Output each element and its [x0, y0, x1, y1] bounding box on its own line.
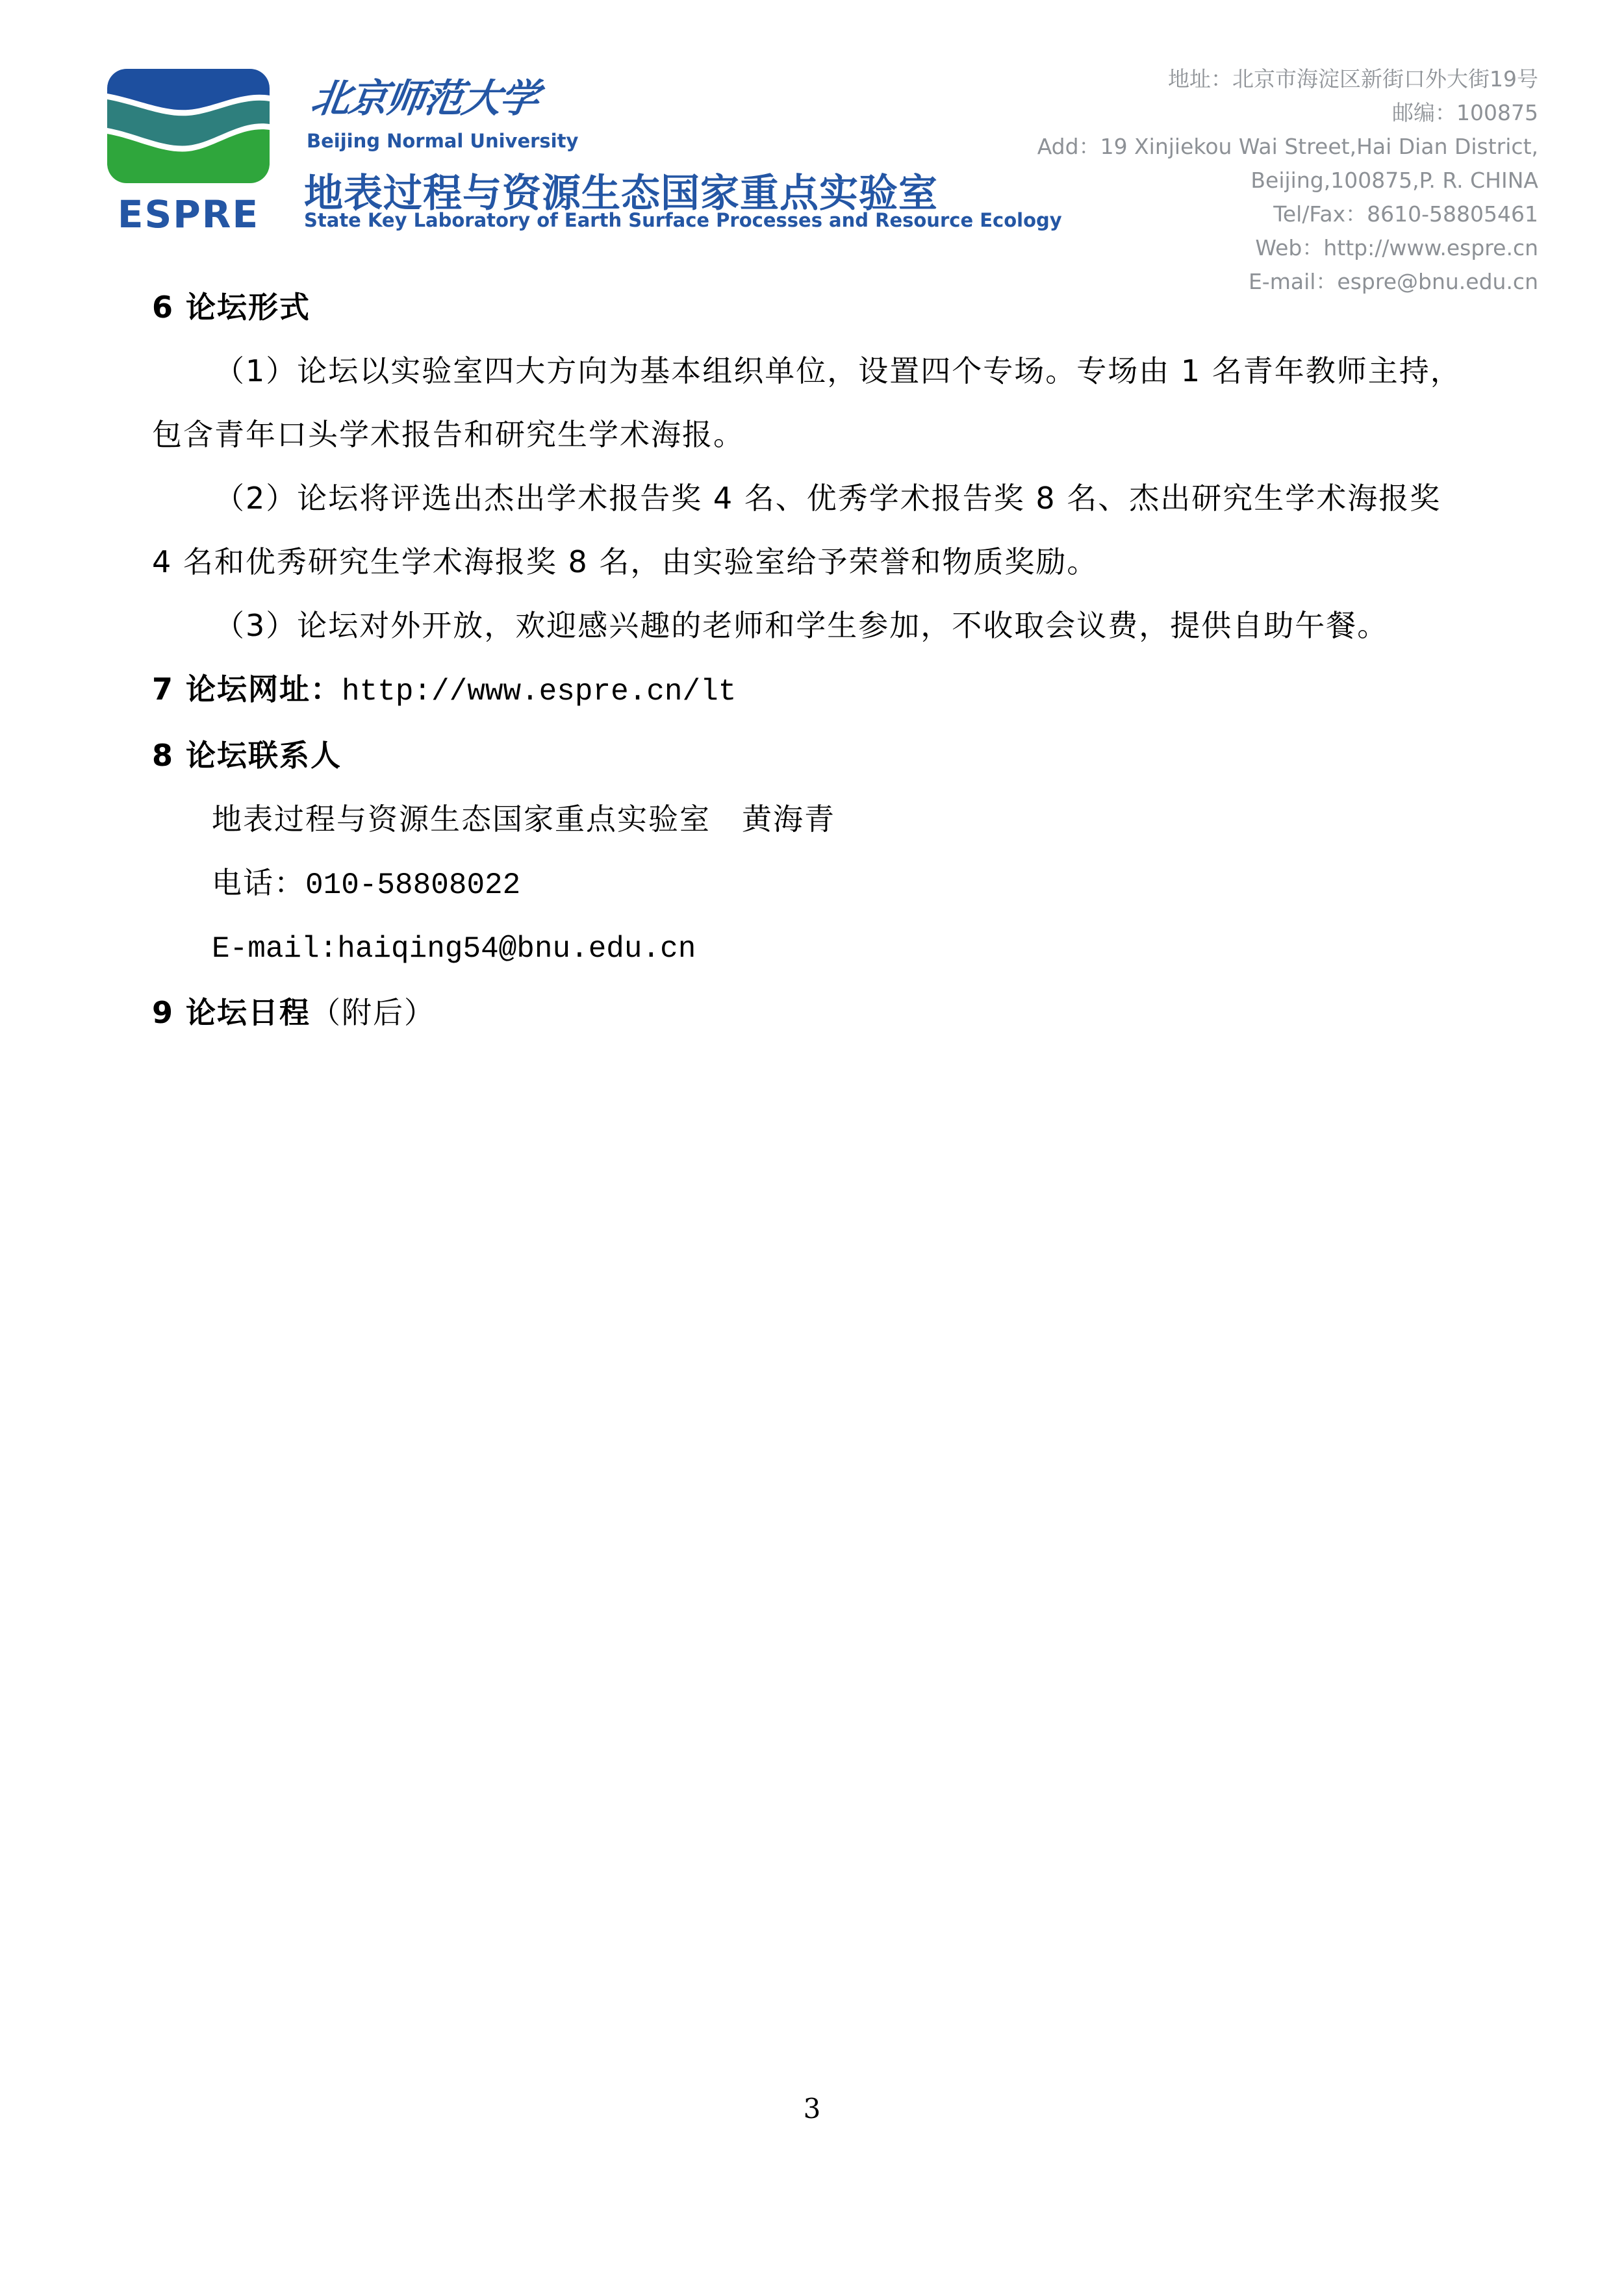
section-7-label: 7 论坛网址：: [152, 672, 342, 707]
section-9-suffix: （附后）: [311, 995, 435, 1030]
section-9-label: 9 论坛日程: [152, 995, 311, 1030]
section-6-paragraph-1-line-2: 包含青年口头学术报告和研究生学术海报。: [152, 403, 1477, 466]
contact-person-line: 地表过程与资源生态国家重点实验室 黄海青: [152, 787, 1477, 851]
contact-block: 地址：北京市海淀区新街口外大街19号 邮编：100875 Add：19 Xinj…: [1037, 62, 1538, 299]
university-name-calligraphy: 北京师范大学: [308, 68, 542, 123]
section-6-paragraph-2-line-2: 4 名和优秀研究生学术海报奖 8 名，由实验室给予荣誉和物质奖励。: [152, 530, 1477, 594]
contact-telfax: Tel/Fax：8610-58805461: [1037, 197, 1538, 231]
contact-postcode: 邮编：100875: [1037, 96, 1538, 130]
contact-address-en2: Beijing,100875,P. R. CHINA: [1037, 164, 1538, 197]
phone-number: 010-58808022: [305, 868, 520, 902]
espre-logo-icon: [107, 69, 270, 183]
email-line: E-mail:haiqing54@bnu.edu.cn: [152, 917, 1477, 981]
contact-address-cn: 地址：北京市海淀区新街口外大街19号: [1037, 62, 1538, 96]
section-8-heading: 8 论坛联系人: [152, 724, 1477, 787]
contact-address-en1: Add：19 Xinjiekou Wai Street,Hai Dian Dis…: [1037, 130, 1538, 164]
section-6-paragraph-1-line-1: （1）论坛以实验室四大方向为基本组织单位，设置四个专场。专场由 1 名青年教师主…: [152, 339, 1477, 403]
page-number: 3: [0, 2093, 1624, 2125]
espre-logo-text: ESPRE: [104, 192, 273, 236]
section-7-heading: 7 论坛网址：http://www.espre.cn/lt: [152, 657, 1477, 724]
document-page: ESPRE 北京师范大学 Beijing Normal University 地…: [0, 0, 1624, 2296]
espre-logo: ESPRE: [104, 69, 273, 236]
section-6-paragraph-2-line-1: （2）论坛将评选出杰出学术报告奖 4 名、优秀学术报告奖 8 名、杰出研究生学术…: [152, 466, 1477, 530]
phone-label: 电话：: [212, 865, 305, 900]
university-name-english: Beijing Normal University: [307, 130, 578, 152]
section-6-heading: 6 论坛形式: [152, 275, 1477, 339]
contact-web: Web：http://www.espre.cn: [1037, 231, 1538, 265]
forum-url: http://www.espre.cn/lt: [342, 675, 736, 709]
document-body: 6 论坛形式 （1）论坛以实验室四大方向为基本组织单位，设置四个专场。专场由 1…: [152, 275, 1477, 1044]
section-9-heading: 9 论坛日程（附后）: [152, 981, 1477, 1044]
lab-name-english: State Key Laboratory of Earth Surface Pr…: [304, 209, 1062, 231]
section-6-paragraph-3: （3）论坛对外开放，欢迎感兴趣的老师和学生参加，不收取会议费，提供自助午餐。: [152, 594, 1477, 657]
phone-line: 电话：010-58808022: [152, 851, 1477, 917]
